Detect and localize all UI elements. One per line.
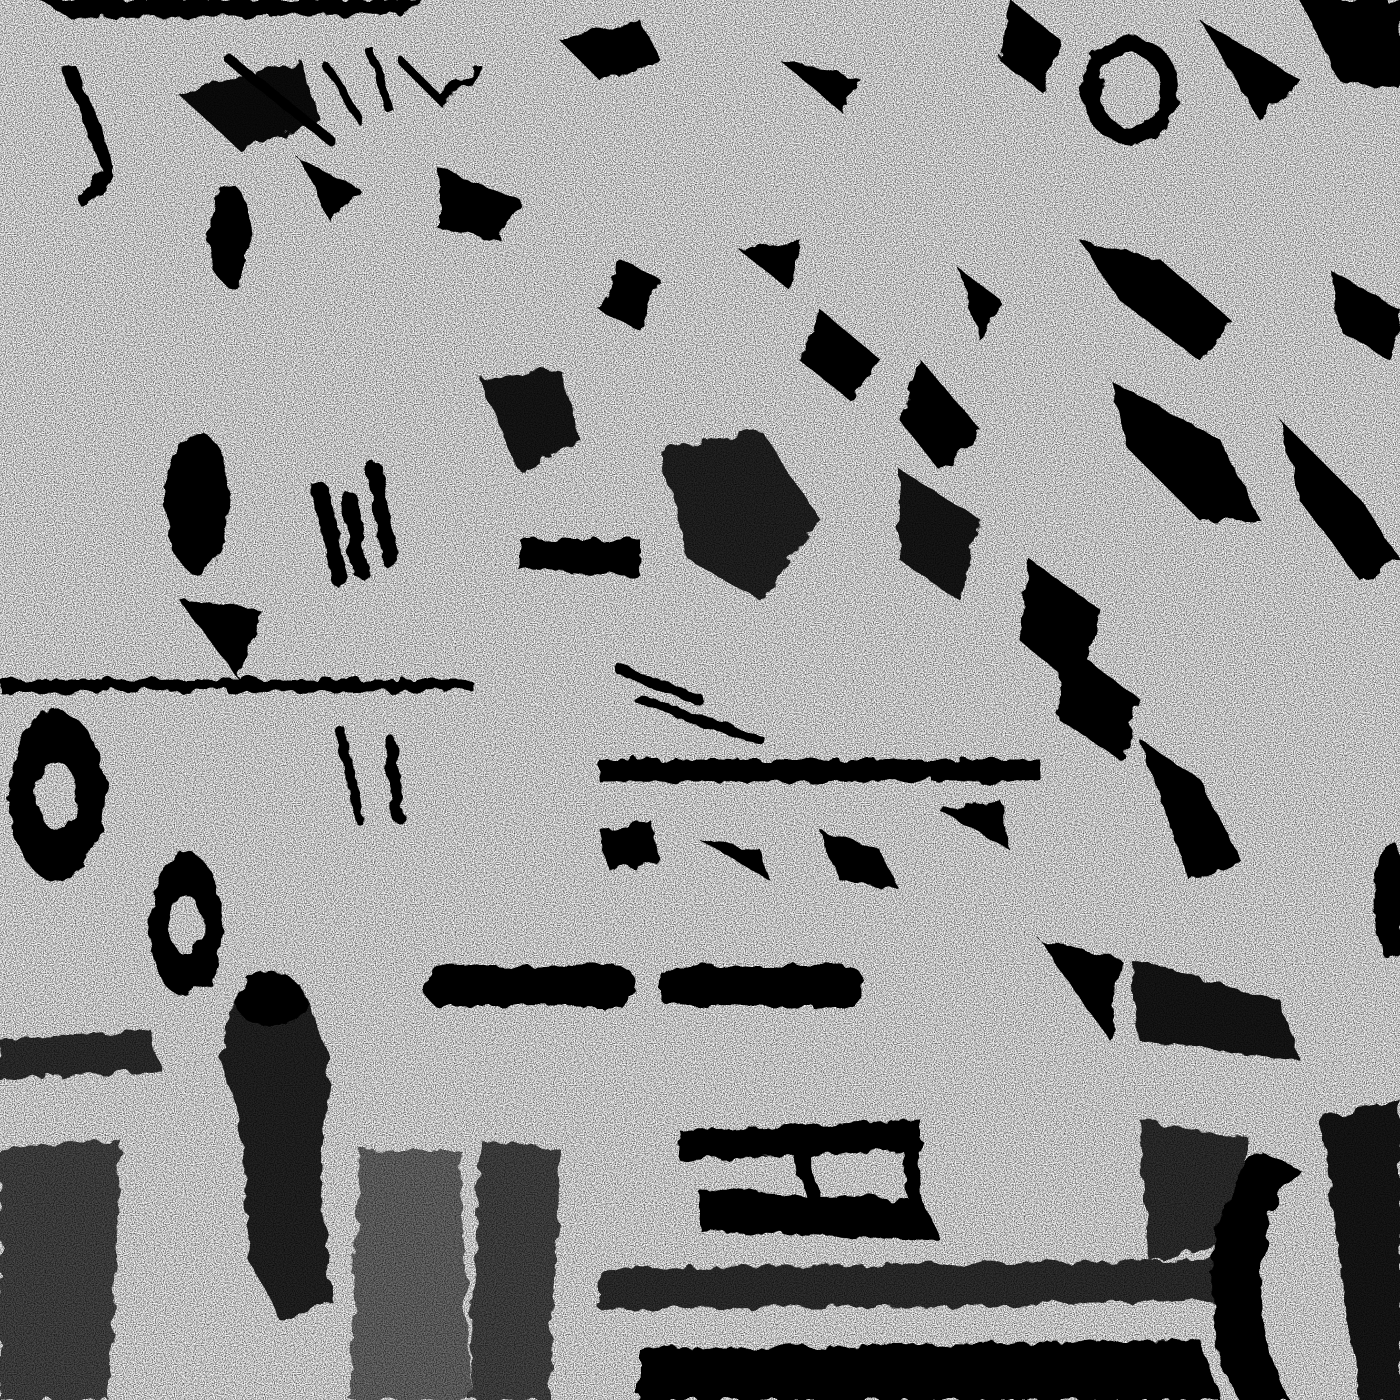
film-grain <box>0 0 1400 1400</box>
thresholded-photo-art <box>0 0 1400 1400</box>
photograph: Thresholded photo of a graffiti-covered … <box>0 0 1400 1400</box>
